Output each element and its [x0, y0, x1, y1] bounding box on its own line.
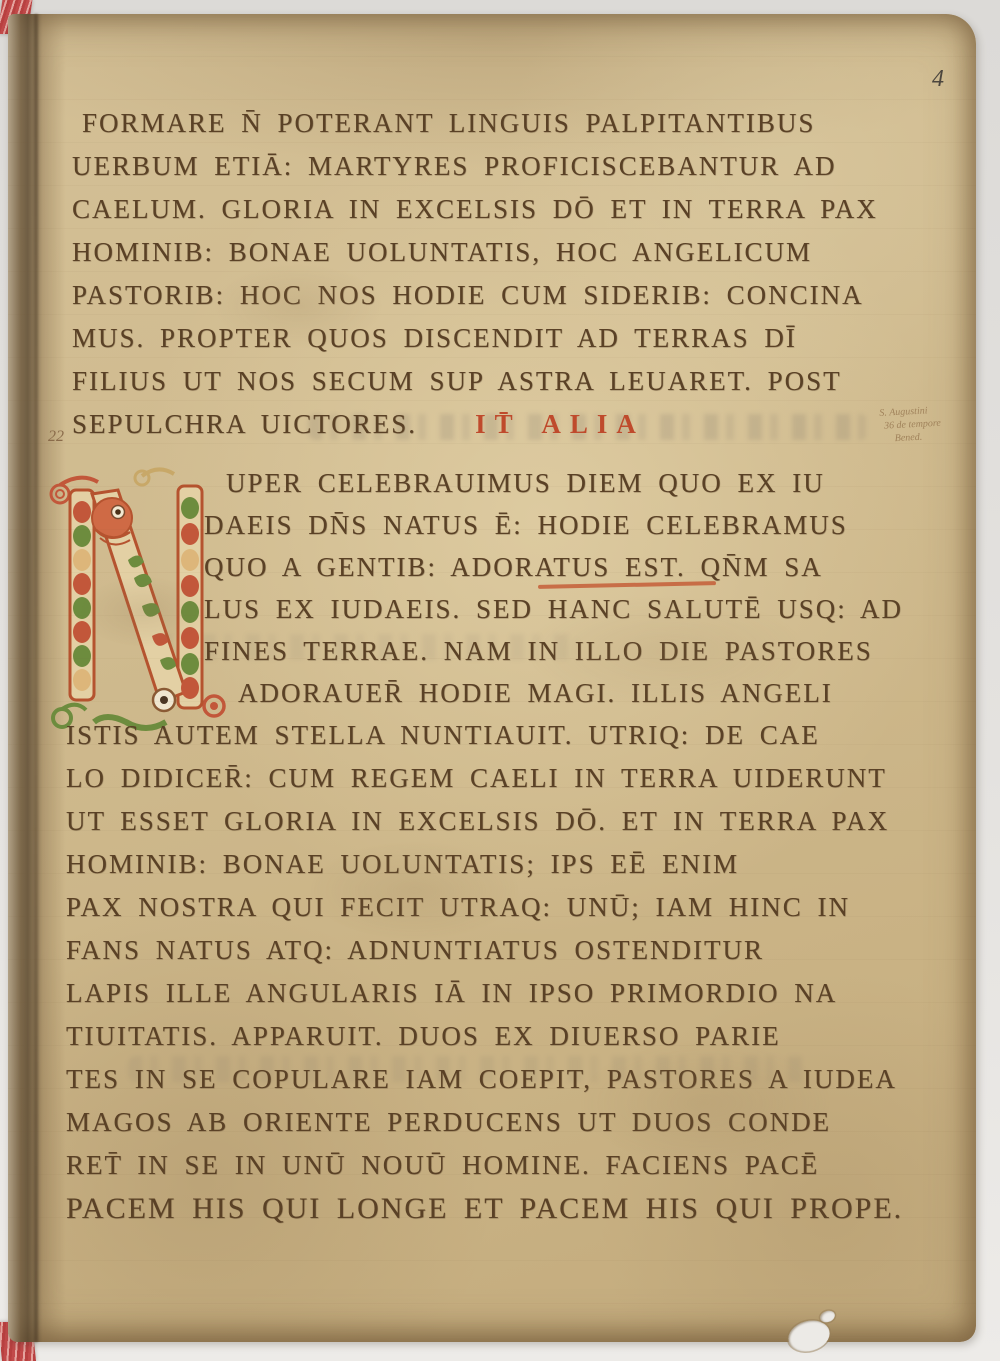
text-block-3: ISTIS AUTEM STELLA NUNTIAUIT. UTRIQ: DE …	[66, 714, 984, 1230]
text-line: LAPIS ILLE ANGULARIS IĀ IN IPSO PRIMORDI…	[66, 972, 984, 1015]
text-line: FANS NATUS ATQ: ADNUNTIATUS OSTENDITUR	[66, 929, 984, 972]
text-line: FINES TERRAE. NAM IN ILLO DIE PASTORES	[204, 630, 984, 672]
text-line: LO DIDICER̄: CUM REGEM CAELI IN TERRA UI…	[66, 757, 984, 800]
text-line: TIUITATIS. APPARUIT. DUOS EX DIUERSO PAR…	[66, 1015, 984, 1058]
parchment-page: 4 22 S. Augustini 36 de tempore Bened. F…	[8, 14, 976, 1342]
text-line: DAEIS DN̄S NATUS Ē: HODIE CELEBRAMUS	[204, 504, 984, 546]
rubric-item-alia: IT̄ ALIA	[475, 409, 645, 439]
text-line: PASTORIB: HOC NOS HODIE CUM SIDERIB: CON…	[72, 274, 982, 317]
text-line: HOMINIB: BONAE UOLUNTATIS; IPS EĒ ENIM	[66, 843, 984, 886]
text-line: RET̄ IN SE IN UNŪ NOUŪ HOMINE. FACIENS P…	[66, 1144, 984, 1187]
text-line: ADORAUER̄ HODIE MAGI. ILLIS ANGELI	[204, 672, 984, 714]
text-line: PAX NOSTRA QUI FECIT UTRAQ: UNŪ; IAM HIN…	[66, 886, 984, 929]
text-line-with-rubric: SEPULCHRA UICTORES.IT̄ ALIA	[72, 403, 982, 446]
text-line: MUS. PROPTER QUOS DISCENDIT AD TERRAS DĪ	[72, 317, 982, 360]
text-line: LUS EX IUDAEIS. SED HANC SALUTĒ USQ: AD	[204, 588, 984, 630]
text-line: QUO A GENTIB: ADORATUS EST. QN̄M SA	[204, 546, 984, 588]
text-line: CAELUM. GLORIA IN EXCELSIS DŌ ET IN TERR…	[72, 188, 982, 231]
illuminated-initial-n	[46, 460, 228, 732]
text-line: UERBUM ETIĀ: MARTYRES PROFICISCEBANTUR A…	[72, 145, 982, 188]
folio-number: 4	[932, 66, 944, 93]
manuscript-photo: { "page": { "folio_number": "4", "quire_…	[0, 0, 1000, 1361]
text-line: FORMARE N̄ POTERANT LINGUIS PALPITANTIBU…	[72, 102, 982, 145]
text-block-2: UPER CELEBRAUIMUS DIEM QUO EX IU DAEIS D…	[204, 462, 984, 714]
text-line: ISTIS AUTEM STELLA NUNTIAUIT. UTRIQ: DE …	[66, 714, 984, 757]
text-line: UPER CELEBRAUIMUS DIEM QUO EX IU	[204, 462, 984, 504]
text-line: UT ESSET GLORIA IN EXCELSIS DŌ. ET IN TE…	[66, 800, 984, 843]
text-line: MAGOS AB ORIENTE PERDUCENS UT DUOS CONDE	[66, 1101, 984, 1144]
text-line: PACEM HIS QUI LONGE ET PACEM HIS QUI PRO…	[66, 1187, 984, 1230]
text-line: HOMINIB: BONAE UOLUNTATIS, HOC ANGELICUM	[72, 231, 982, 274]
gutter-crease	[34, 14, 38, 1342]
text-line: TES IN SE COPULARE IAM COEPIT, PASTORES …	[66, 1058, 984, 1101]
text-line: SEPULCHRA UICTORES.	[72, 409, 417, 439]
text-line: FILIUS UT NOS SECUM SUP ASTRA LEUARET. P…	[72, 360, 982, 403]
text-block-1: FORMARE N̄ POTERANT LINGUIS PALPITANTIBU…	[72, 102, 982, 446]
margin-quire-number: 22	[48, 428, 64, 446]
